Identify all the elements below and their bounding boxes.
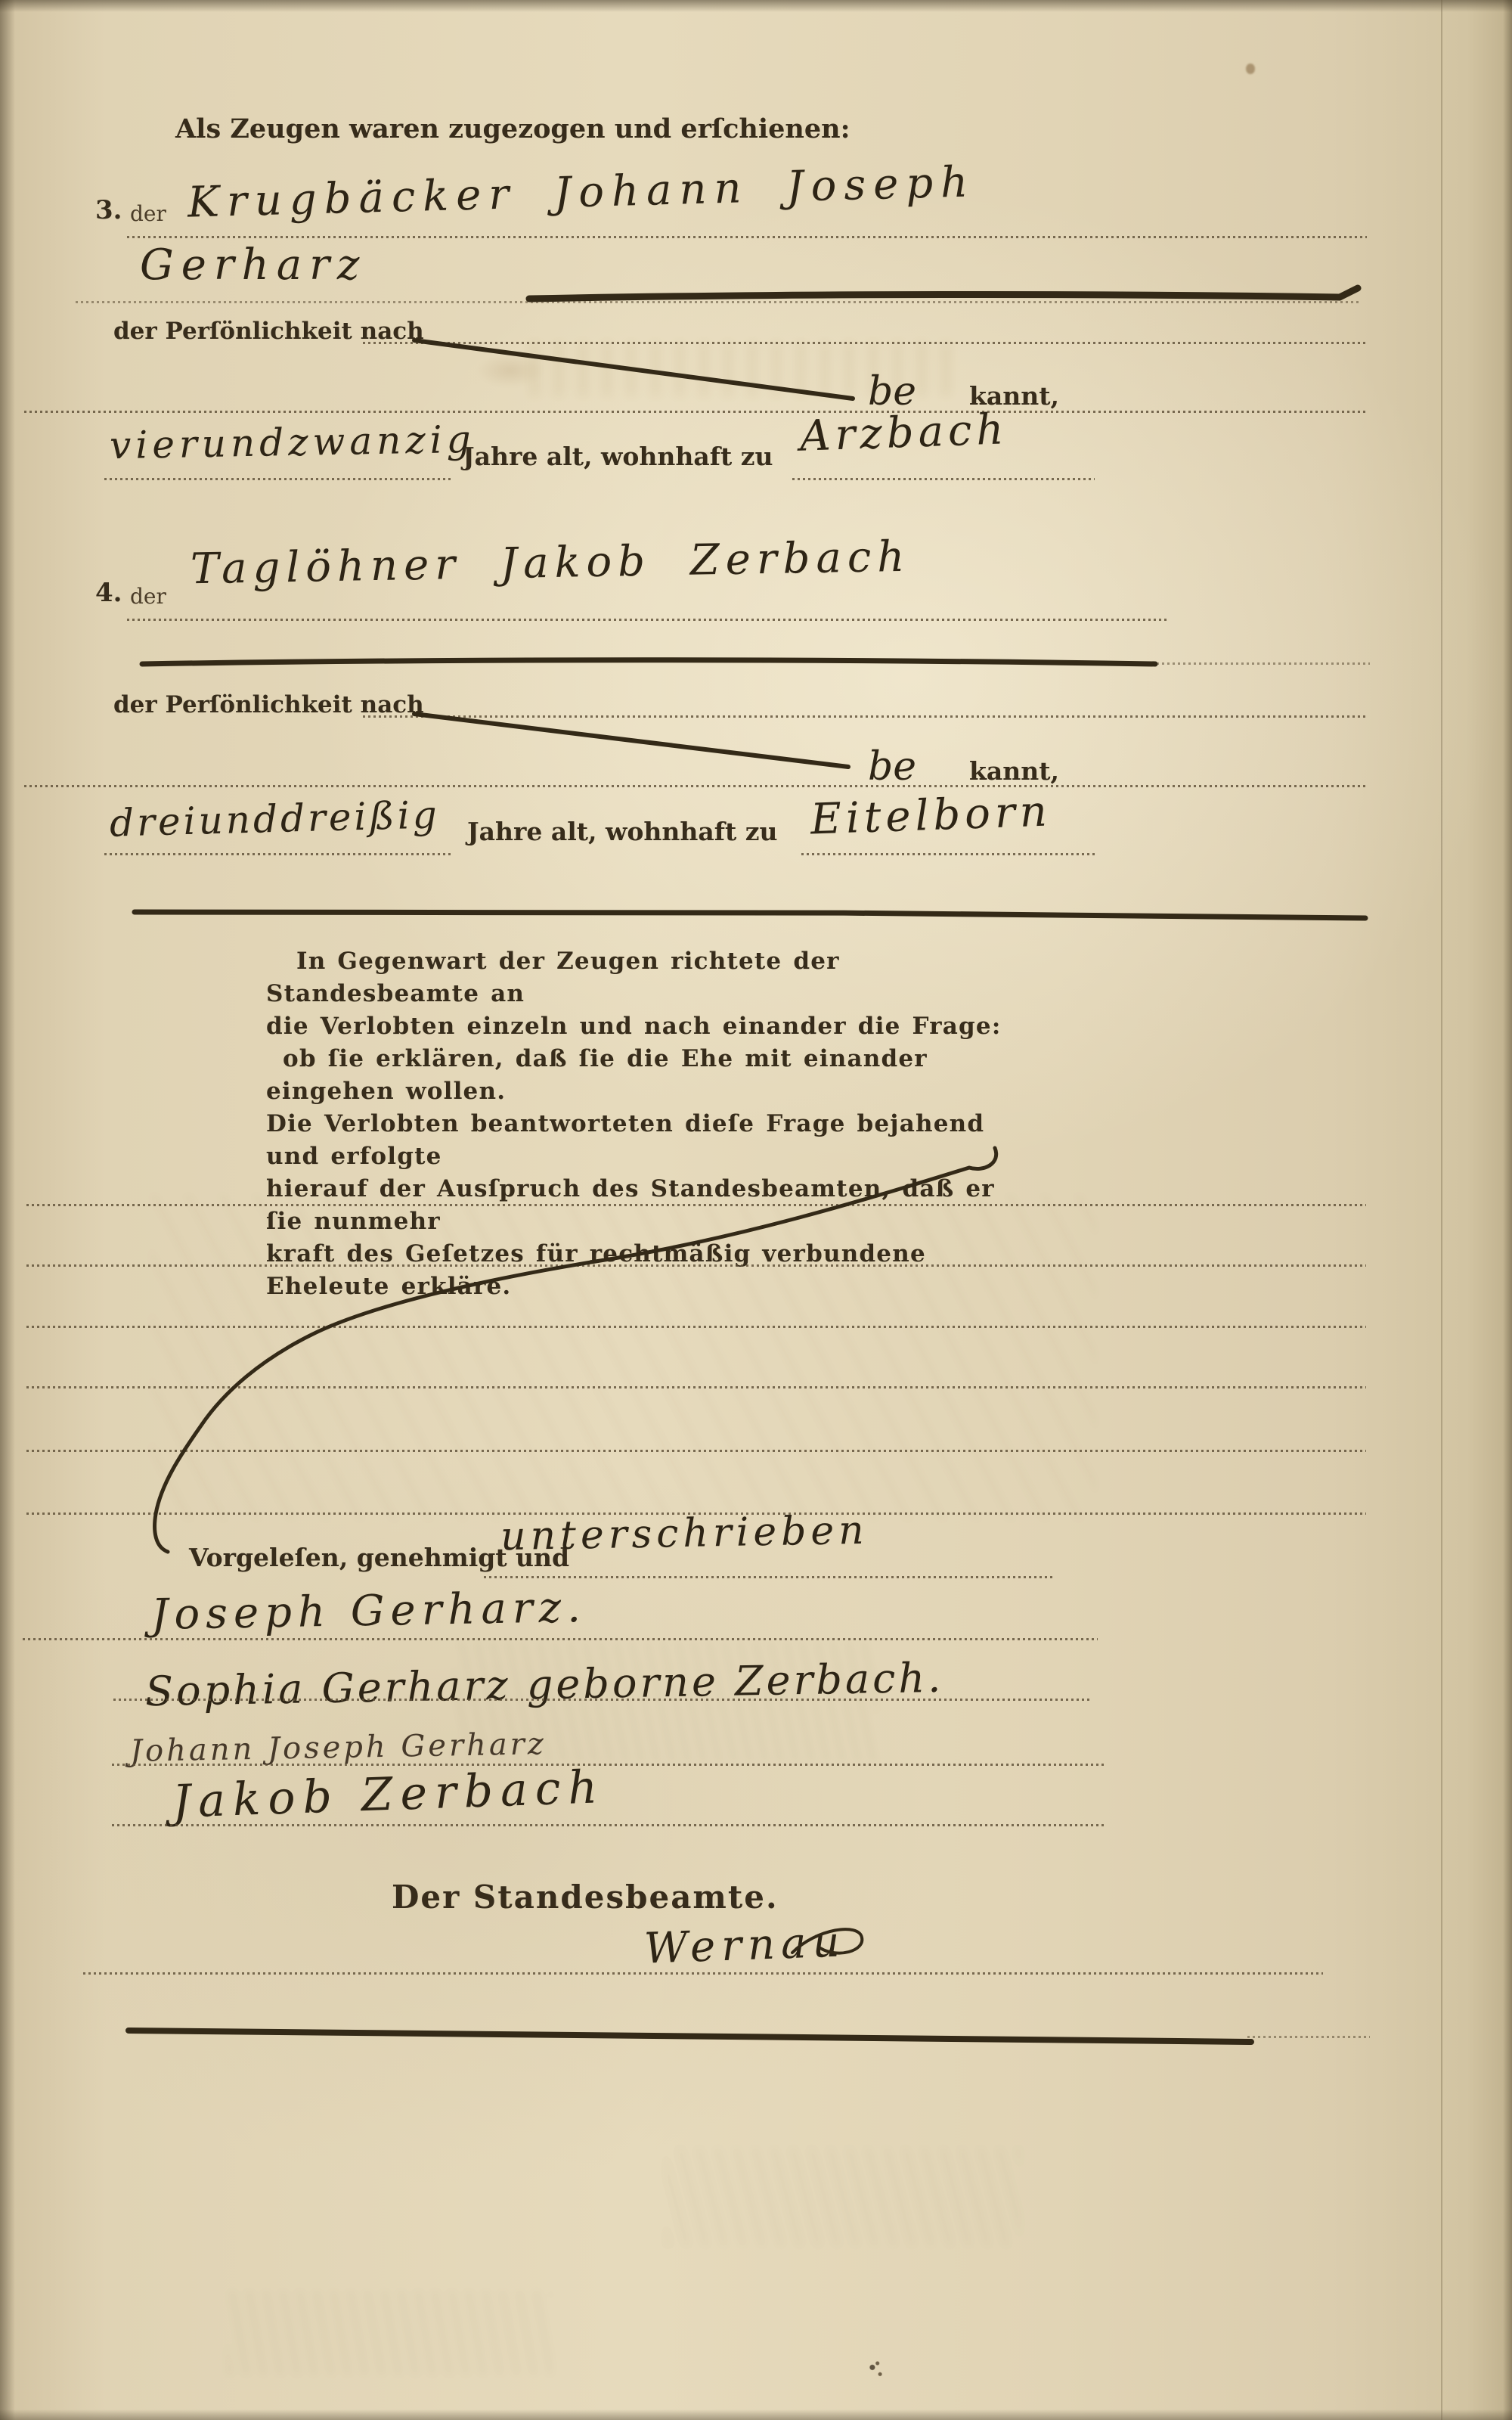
ruled-line: [23, 1638, 1098, 1640]
signature-witness3: Johann Joseph Gerharz: [130, 1727, 547, 1769]
ruled-line: [112, 1764, 1106, 1766]
ruled-line: [76, 301, 1361, 303]
ruled-line: [127, 619, 1168, 621]
ruled-line: [1157, 662, 1370, 665]
witness4-article: der: [130, 584, 166, 609]
ruled-line: [24, 411, 1367, 413]
intro-heading: Als Zeugen waren zugezogen und erſchiene…: [175, 113, 850, 144]
ruled-line: [112, 1824, 1107, 1826]
ruled-line: [363, 342, 1368, 344]
ruled-line: [104, 478, 451, 480]
witness4-residence-handwritten: Eitelborn: [810, 786, 1052, 844]
ruled-line: [792, 478, 1095, 480]
ruled-line: [113, 1699, 1092, 1701]
witness4-known-printed: kannt,: [969, 756, 1059, 786]
witness4-identity-label: der Perſönlichkeit nach: [113, 691, 424, 718]
declaration-line: Die Verlobten beantworteten dieſe Frage …: [266, 1108, 1022, 1173]
ruled-line: [104, 853, 454, 855]
witness3-age-printed: Jahre alt, wohnhaft zu: [463, 442, 773, 471]
ruled-line: [484, 1576, 1055, 1578]
declaration-line: die Verlobten einzeln und nach einander …: [266, 1010, 1022, 1043]
witness3-age-handwritten: vierundzwanzig: [110, 417, 476, 467]
signature-groom: Joseph Gerharz.: [150, 1583, 587, 1640]
declaration-line: kraft des Geſetzes für rechtmäßig verbun…: [266, 1238, 1022, 1303]
closing-handwritten: unterschrieben: [500, 1508, 869, 1559]
declaration-line: ob ſie erklären, daß ſie die Ehe mit ein…: [266, 1043, 1022, 1108]
witness3-residence-handwritten: Arzbach: [799, 405, 1009, 461]
witness3-article: der: [130, 201, 166, 226]
ruled-line: [363, 715, 1368, 718]
witness4-age-handwritten: dreiunddreißig: [109, 793, 440, 845]
ruled-line: [26, 1204, 1366, 1206]
ruled-line: [1247, 2036, 1370, 2038]
ruled-line: [26, 1450, 1366, 1452]
ruled-line: [801, 853, 1098, 855]
witness3-surname-handwritten: Gerharz: [140, 240, 367, 290]
witness4-age-printed: Jahre alt, wohnhaft zu: [467, 817, 777, 846]
declaration-line: In Gegenwart der Zeugen richtete der Sta…: [266, 945, 1022, 1010]
ruled-line: [127, 236, 1367, 238]
registrar-signature: Wernau: [643, 1917, 847, 1973]
witness3-identity-label: der Perſönlichkeit nach: [113, 318, 424, 345]
ruled-line: [26, 1386, 1366, 1388]
ruled-line: [24, 785, 1366, 787]
declaration-paragraph: In Gegenwart der Zeugen richtete der Sta…: [266, 945, 1022, 1303]
witness4-known-handwritten: be: [868, 744, 916, 790]
ruled-line: [26, 1264, 1366, 1267]
registrar-title: Der Standesbeamte.: [392, 1879, 779, 1916]
page-edge-crease: [1441, 0, 1442, 2420]
witness3-number: 3.: [95, 195, 122, 225]
scanned-register-page: Als Zeugen waren zugezogen und erſchiene…: [0, 0, 1512, 2420]
ruled-line: [83, 1972, 1323, 1975]
ruled-line: [26, 1326, 1366, 1328]
witness4-number: 4.: [95, 578, 122, 608]
